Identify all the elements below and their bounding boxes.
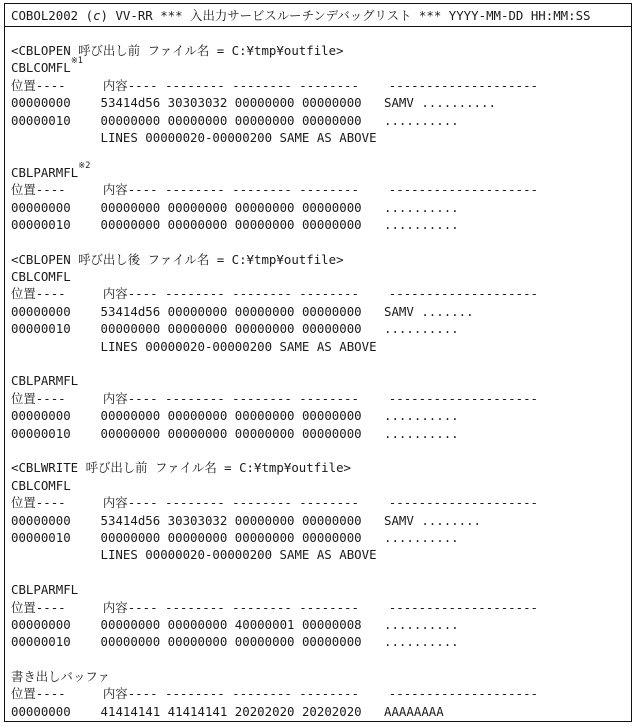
hex-bytes: 53414d56 30303032 00000000 00000000 [101, 513, 362, 528]
hex-bytes: 00000000 00000000 00000000 00000000 [101, 217, 362, 232]
offset: 00000000 [11, 513, 71, 528]
block-name: CBLCOMFL [11, 60, 71, 75]
block-name: CBLCOMFL [11, 269, 71, 284]
footnote-ref: ※2 [78, 161, 90, 171]
ascii-repr: .......... [384, 113, 459, 128]
ascii-repr: .......... [384, 617, 459, 632]
ascii-repr: .......... [384, 426, 459, 441]
blank-line [11, 442, 627, 459]
column-header-line: 位置---- 内容---- -------- -------- --------… [11, 77, 627, 94]
listing-title-suffix: ) VV-RR *** 入出力サービスルーチンデバッグリスト *** YYYY-… [101, 8, 591, 23]
section-title-line: <CBLOPEN 呼び出し後 ファイル名 = C:¥tmp¥outfile> [11, 251, 627, 268]
hex-dump-row: 00000000 53414d56 00000000 00000000 0000… [11, 303, 627, 320]
hex-dump-row: 00000000 00000000 00000000 40000001 0000… [11, 616, 627, 633]
debug-list-page: COBOL2002 (c) VV-RR *** 入出力サービスルーチンデバッグリ… [0, 0, 636, 727]
block-name-line: CBLCOMFL [11, 477, 627, 494]
ascii-repr: .......... [384, 634, 459, 649]
hex-dump-row: 00000010 00000000 00000000 00000000 0000… [11, 425, 627, 442]
listing-title-prefix: COBOL2002 ( [11, 8, 93, 23]
hex-dump-row: 00000000 00000000 00000000 00000000 0000… [11, 199, 627, 216]
column-header-line: 位置---- 内容---- -------- -------- --------… [11, 181, 627, 198]
block-name-line: CBLCOMFL [11, 268, 627, 285]
block-name-line: CBLPARMFL [11, 581, 627, 598]
hex-bytes: 00000000 00000000 00000000 00000000 [101, 113, 362, 128]
offset: 00000010 [11, 321, 71, 336]
hex-dump-row: 00000010 00000000 00000000 00000000 0000… [11, 529, 627, 546]
lines-same-row: LINES 00000020-00000200 SAME AS ABOVE [11, 546, 627, 563]
listing-title-line: COBOL2002 (c) VV-RR *** 入出力サービスルーチンデバッグリ… [5, 4, 631, 27]
hex-bytes: 00000000 00000000 40000001 00000008 [101, 617, 362, 632]
offset: 00000010 [11, 217, 71, 232]
hex-dump-row: 00000010 00000000 00000000 00000000 0000… [11, 320, 627, 337]
lines-same-row: LINES 00000020-00000200 SAME AS ABOVE [11, 129, 627, 146]
column-header-line: 位置---- 内容---- -------- -------- --------… [11, 599, 627, 616]
hex-bytes: 00000000 00000000 00000000 00000000 [101, 321, 362, 336]
offset: 00000010 [11, 634, 71, 649]
block-name: CBLPARMFL [11, 373, 78, 388]
hex-dump-row: 00000010 00000000 00000000 00000000 0000… [11, 112, 627, 129]
ascii-repr: SAMV ........ [384, 513, 481, 528]
blank-line [11, 651, 627, 668]
listing-document: COBOL2002 (c) VV-RR *** 入出力サービスルーチンデバッグリ… [4, 3, 632, 722]
copyright-c: c [93, 8, 100, 23]
section-title-line: <CBLOPEN 呼び出し前 ファイル名 = C:¥tmp¥outfile> [11, 42, 627, 59]
offset: 00000010 [11, 530, 71, 545]
ascii-repr: .......... [384, 321, 459, 336]
hex-bytes: 00000000 00000000 00000000 00000000 [101, 200, 362, 215]
lines-same-row: LINES 00000020-00000200 SAME AS ABOVE [11, 338, 627, 355]
offset: 00000000 [11, 304, 71, 319]
blank-line [11, 564, 627, 581]
blank-line [11, 233, 627, 250]
hex-bytes: 53414d56 30303032 00000000 00000000 [101, 95, 362, 110]
ascii-repr: AAAAAAAA [384, 704, 444, 719]
blank-line [11, 146, 627, 163]
hex-dump-row: 00000000 41414141 41414141 20202020 2020… [11, 703, 627, 720]
hex-dump-row: 00000010 00000000 00000000 00000000 0000… [11, 216, 627, 233]
ascii-repr: .......... [384, 200, 459, 215]
column-header-line: 位置---- 内容---- -------- -------- --------… [11, 494, 627, 511]
footnote-ref: ※1 [71, 56, 83, 66]
offset: 00000000 [11, 200, 71, 215]
column-header-line: 位置---- 内容---- -------- -------- --------… [11, 685, 627, 702]
hex-bytes: 00000000 00000000 00000000 00000000 [101, 408, 362, 423]
ascii-repr: .......... [384, 530, 459, 545]
ascii-repr: .......... [384, 408, 459, 423]
offset: 00000000 [11, 617, 71, 632]
ascii-repr: SAMV ....... [384, 304, 474, 319]
hex-dump-row: 00000000 00000000 00000000 00000000 0000… [11, 407, 627, 424]
blank-line [11, 355, 627, 372]
hex-dump-row: 00000000 53414d56 30303032 00000000 0000… [11, 512, 627, 529]
ascii-repr: SAMV .......... [384, 95, 496, 110]
block-name: CBLPARMFL [11, 165, 78, 180]
column-header-line: 位置---- 内容---- -------- -------- --------… [11, 390, 627, 407]
hex-bytes: 00000000 00000000 00000000 00000000 [101, 634, 362, 649]
offset: 00000010 [11, 426, 71, 441]
hex-bytes: 53414d56 00000000 00000000 00000000 [101, 304, 362, 319]
offset: 00000000 [11, 95, 71, 110]
section-title-line: <CBLWRITE 呼び出し前 ファイル名 = C:¥tmp¥outfile> [11, 459, 627, 476]
block-name-line: CBLPARMFL [11, 372, 627, 389]
ascii-repr: .......... [384, 217, 459, 232]
block-name: 書き出しバッファ [11, 669, 110, 684]
offset: 00000010 [11, 113, 71, 128]
hex-dump-row: 00000010 00000000 00000000 00000000 0000… [11, 633, 627, 650]
hex-dump-row: 00000000 53414d56 30303032 00000000 0000… [11, 94, 627, 111]
hex-bytes: 00000000 00000000 00000000 00000000 [101, 426, 362, 441]
offset: 00000000 [11, 408, 71, 423]
block-name-line: CBLPARMFL※2 [11, 164, 627, 181]
hex-bytes: 00000000 00000000 00000000 00000000 [101, 530, 362, 545]
block-name: CBLCOMFL [11, 478, 71, 493]
block-name-line: 書き出しバッファ [11, 668, 627, 685]
block-name: CBLPARMFL [11, 582, 78, 597]
block-name-line: CBLCOMFL※1 [11, 59, 627, 76]
column-header-line: 位置---- 内容---- -------- -------- --------… [11, 285, 627, 302]
listing-body: <CBLOPEN 呼び出し前 ファイル名 = C:¥tmp¥outfile>CB… [5, 27, 631, 720]
hex-bytes: 41414141 41414141 20202020 20202020 [101, 704, 362, 719]
offset: 00000000 [11, 704, 71, 719]
